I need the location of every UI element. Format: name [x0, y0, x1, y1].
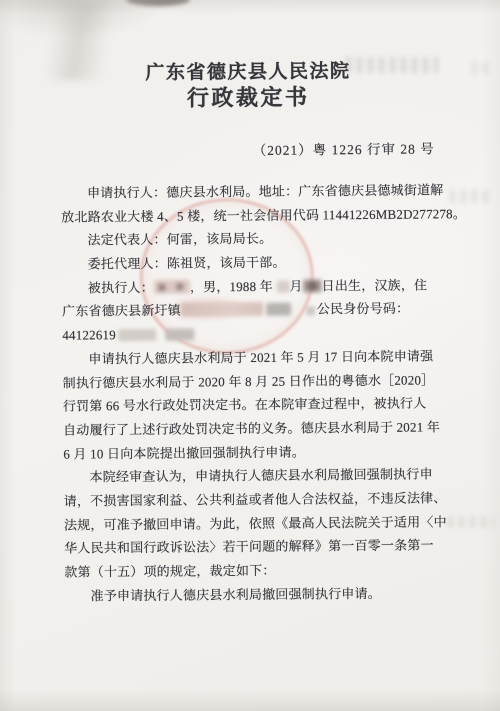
- redaction-address-3: [306, 307, 315, 316]
- redaction-birth-day: [303, 279, 322, 292]
- bleed-through-text-4: [472, 62, 492, 74]
- facts-line-4: 自动履行了上述行政处罚决定书的义务。德庆县水利局于 2021 年: [63, 415, 463, 442]
- redaction-birth-month: [276, 280, 289, 292]
- redaction-id-1: [118, 329, 156, 341]
- facts-line-1: 申请执行人德庆县水利局于 2021 年 5 月 17 日向本院申请强: [62, 344, 462, 371]
- respondent-birth-suffix: 日出生，汉族，住: [322, 277, 428, 293]
- paper-fold-shadow: [48, 0, 110, 80]
- document-type-heading: 行政裁定书: [0, 79, 498, 114]
- respondent-gender-birth: ，男，1988 年: [190, 279, 277, 295]
- legal-representative-line: 法定代表人：何雷，该局局长。: [61, 226, 461, 253]
- ruling-result-line: 准予申请执行人德庆县水利局撤回强制执行申请。: [64, 581, 464, 608]
- ruling-body: 申请执行人：德庆县水利局。地址：广东省德庆县德城街道解 放北路农业大楼 4、5 …: [61, 178, 465, 608]
- redaction-id-2: [165, 329, 194, 341]
- opinion-line-3: 法规，可准予撤回申请。为此，依照《最高人民法院关于适用〈中: [64, 510, 464, 537]
- facts-line-2: 制执行德庆县水利局于 2020 年 8 月 25 日作出的粤德水［2020］: [63, 368, 463, 395]
- id-number-label: 公民身份号码：: [317, 301, 410, 317]
- applicant-line: 申请执行人：德庆县水利局。地址：广东省德庆县德城街道解: [61, 178, 461, 205]
- facts-line-3: 行罚第 66 号水行政处罚决定书。在本院审查过程中，被执行人: [63, 391, 463, 418]
- bleed-through-text-2: [450, 190, 492, 203]
- case-number: （2021）粤 1226 行审 28 号: [253, 137, 435, 159]
- redaction-name: [154, 279, 190, 293]
- id-number-line: 44122619: [62, 320, 462, 347]
- opinion-line-4: 华人民共和国行政诉讼法〉若干问题的解释》第一百零一条第一: [64, 533, 464, 560]
- redaction-address-1: [181, 302, 263, 317]
- respondent-label: 被执行人：: [88, 280, 154, 296]
- scanned-ruling-photo: 广东省德庆县人民法院 行政裁定书 （2021）粤 1226 行审 28 号 申请…: [0, 0, 500, 711]
- redaction-address-2: [266, 303, 291, 316]
- entrusted-agent-line: 委托代理人：陈祖贤，该局干部。: [62, 249, 462, 276]
- respondent-address-line: 广东省德庆县新圩镇公民身份号码：: [62, 297, 462, 324]
- bleed-through-text-1: [346, 57, 438, 73]
- respondent-line: 被执行人：，男，1988 年 月日出生，汉族，住: [62, 273, 462, 300]
- opinion-line-5: 款第（十五）项的规定，裁定如下：: [64, 557, 464, 584]
- opinion-line-1: 本院经审查认为，申请执行人德庆县水利局撤回强制执行申: [63, 462, 463, 489]
- month-char: 月: [289, 278, 302, 293]
- facts-line-5: 6 月 10 日向本院提出撤回强制执行申请。: [63, 439, 463, 466]
- paper-sheet: 广东省德庆县人民法院 行政裁定书 （2021）粤 1226 行审 28 号 申请…: [0, 0, 500, 711]
- bleed-through-text-3: [448, 516, 494, 528]
- address-prefix: 广东省德庆县新圩镇: [62, 303, 181, 319]
- opinion-line-2: 请，不损害国家利益、公共利益或者他人合法权益，不违反法律、: [64, 486, 464, 513]
- applicant-line-cont: 放北路农业大楼 4、5 楼，统一社会信用代码 11441226MB2D27727…: [61, 202, 461, 229]
- id-number-prefix: 44122619: [62, 327, 116, 342]
